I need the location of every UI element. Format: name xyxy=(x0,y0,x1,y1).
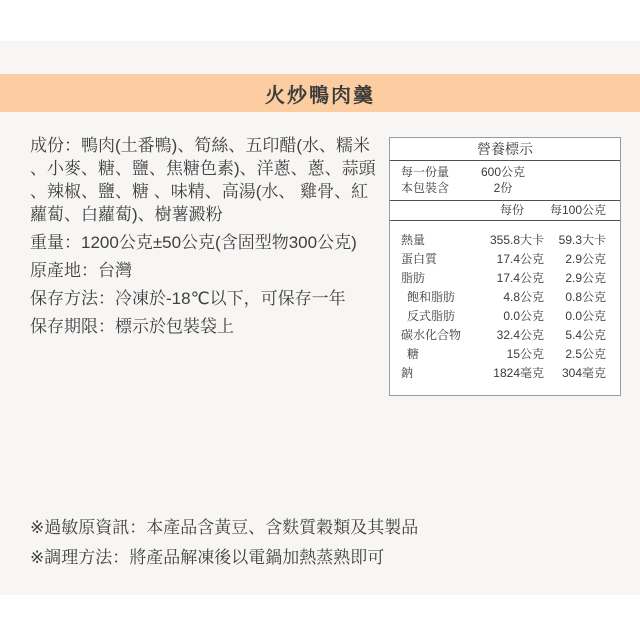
servings-per-pack-label: 本包裝含 xyxy=(401,180,463,196)
col-per-serving: 每份 xyxy=(456,202,536,218)
nutrient-per-100g: 2.9公克 xyxy=(544,269,606,288)
nutrition-column-headers: 每份 每100公克 xyxy=(390,201,620,221)
product-label-page: 火炒鴨肉羹 成份：鴨肉(土番鴨)、筍絲、五印醋(水、糯米 、小麥、糖、鹽、焦糖色… xyxy=(0,0,640,640)
nutrient-per-serving: 355.8大卡 xyxy=(462,231,544,250)
nutrient-per-100g: 2.9公克 xyxy=(544,250,606,269)
nutrient-label: 反式脂肪 xyxy=(401,307,462,326)
ingredients-line: 蘿蔔、白蘿蔔)、樹薯澱粉 xyxy=(30,203,387,226)
nutrition-row: 脂肪 17.4公克 2.9公克 xyxy=(401,269,606,288)
serving-size-row: 每一份量 600公克 xyxy=(401,164,620,180)
footer-notes: ※過敏原資訊：本產品含黃豆、含麩質穀類及其製品 ※調理方法：將產品解凍後以電鍋加… xyxy=(30,516,590,576)
nutrient-label: 飽和脂肪 xyxy=(401,288,462,307)
nutrient-per-100g: 304毫克 xyxy=(544,364,606,383)
nutrient-per-serving: 17.4公克 xyxy=(462,269,544,288)
nutrition-row: 熱量 355.8大卡 59.3大卡 xyxy=(401,231,606,250)
nutrition-table: 營養標示 每一份量 600公克 本包裝含 2份 每份 每100公克 xyxy=(389,137,621,396)
nutrition-row: 鈉 1824毫克 304毫克 xyxy=(401,364,606,383)
product-title-band: 火炒鴨肉羹 xyxy=(0,74,640,112)
product-title: 火炒鴨肉羹 xyxy=(265,79,375,108)
nutrient-label: 碳水化合物 xyxy=(401,326,462,345)
cooking-note: ※調理方法：將產品解凍後以電鍋加熱蒸熟即可 xyxy=(30,546,590,569)
nutrient-label: 脂肪 xyxy=(401,269,462,288)
storage-method-text: 保存方法：冷凍於-18℃以下，可保存一年 xyxy=(30,287,387,310)
origin-text: 原產地：台灣 xyxy=(30,259,387,282)
ingredients-line: 成份：鴨肉(土番鴨)、筍絲、五印醋(水、糯米 xyxy=(30,134,387,157)
nutrient-per-serving: 0.0公克 xyxy=(462,307,544,326)
nutrition-row: 碳水化合物 32.4公克 5.4公克 xyxy=(401,326,606,345)
serving-info: 每一份量 600公克 本包裝含 2份 xyxy=(390,161,620,201)
nutrient-per-100g: 0.0公克 xyxy=(544,307,606,326)
nutrient-label: 鈉 xyxy=(401,364,462,383)
nutrition-row: 反式脂肪 0.0公克 0.0公克 xyxy=(401,307,606,326)
nutrition-rows: 熱量 355.8大卡 59.3大卡 蛋白質 17.4公克 2.9公克 脂肪 17… xyxy=(390,221,620,395)
nutrient-label: 蛋白質 xyxy=(401,250,462,269)
servings-per-pack-value: 2份 xyxy=(463,180,543,196)
nutrient-per-serving: 17.4公克 xyxy=(462,250,544,269)
nutrient-per-100g: 59.3大卡 xyxy=(544,231,606,250)
nutrition-table-title: 營養標示 xyxy=(390,138,620,161)
nutrient-per-serving: 15公克 xyxy=(462,345,544,364)
nutrient-label: 糖 xyxy=(401,345,462,364)
weight-text: 重量：1200公克±50公克(含固型物300公克) xyxy=(30,231,387,254)
content-area: 火炒鴨肉羹 成份：鴨肉(土番鴨)、筍絲、五印醋(水、糯米 、小麥、糖、鹽、焦糖色… xyxy=(0,41,640,595)
nutrient-per-100g: 5.4公克 xyxy=(544,326,606,345)
ingredients-line: 、辣椒、鹽、糖 、味精、高湯(水、 雞骨、紅 xyxy=(30,180,387,203)
serving-size-label: 每一份量 xyxy=(401,164,463,180)
nutrient-per-serving: 32.4公克 xyxy=(462,326,544,345)
nutrition-row: 飽和脂肪 4.8公克 0.8公克 xyxy=(401,288,606,307)
nutrition-row: 蛋白質 17.4公克 2.9公克 xyxy=(401,250,606,269)
nutrient-per-100g: 2.5公克 xyxy=(544,345,606,364)
serving-size-value: 600公克 xyxy=(463,164,543,180)
ingredients-text: 成份：鴨肉(土番鴨)、筍絲、五印醋(水、糯米 、小麥、糖、鹽、焦糖色素)、洋蔥、… xyxy=(30,134,387,226)
nutrition-row: 糖 15公克 2.5公克 xyxy=(401,345,606,364)
ingredients-line: 、小麥、糖、鹽、焦糖色素)、洋蔥、蔥、蒜頭 xyxy=(30,157,387,180)
shelf-life-text: 保存期限：標示於包裝袋上 xyxy=(30,315,387,338)
nutrient-per-serving: 1824毫克 xyxy=(462,364,544,383)
allergen-note: ※過敏原資訊：本產品含黃豆、含麩質穀類及其製品 xyxy=(30,516,590,539)
col-per-100g: 每100公克 xyxy=(536,202,606,218)
nutrient-per-serving: 4.8公克 xyxy=(462,288,544,307)
servings-per-pack-row: 本包裝含 2份 xyxy=(401,180,620,196)
product-details: 成份：鴨肉(土番鴨)、筍絲、五印醋(水、糯米 、小麥、糖、鹽、焦糖色素)、洋蔥、… xyxy=(30,134,387,343)
nutrient-per-100g: 0.8公克 xyxy=(544,288,606,307)
nutrient-label: 熱量 xyxy=(401,231,462,250)
